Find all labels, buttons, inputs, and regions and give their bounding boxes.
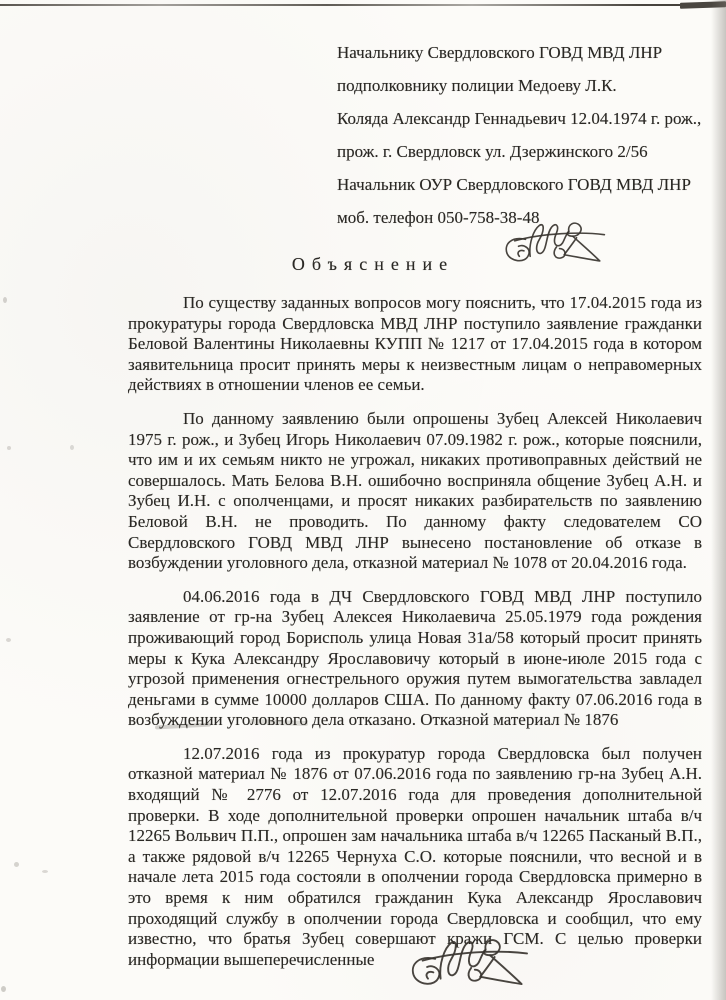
paragraph: 04.06.2016 года в ДЧ Свердловского ГОВД … xyxy=(128,587,702,731)
scanned-document-page: Начальнику Свердловского ГОВД МВД ЛНР по… xyxy=(0,0,726,1000)
recipient-line: прож. г. Свердловск ул. Дзержинского 2/5… xyxy=(337,135,715,168)
signature-scribble-bottom xyxy=(401,928,545,996)
paragraph: По существу заданных вопросов могу поясн… xyxy=(128,293,702,396)
recipient-line: Начальник ОУР Свердловского ГОВД МВД ЛНР xyxy=(337,168,715,201)
scan-speck xyxy=(6,638,11,642)
scan-speck xyxy=(70,445,74,450)
paragraph: По данному заявлению были опрошены Зубец… xyxy=(128,409,702,574)
scan-speck xyxy=(3,297,7,303)
scan-speck xyxy=(7,446,11,450)
recipient-block: Начальнику Свердловского ГОВД МВД ЛНР по… xyxy=(337,36,715,234)
scan-speck xyxy=(42,870,48,873)
recipient-line: Начальнику Свердловского ГОВД МВД ЛНР xyxy=(337,36,715,69)
recipient-line: Коляда Александр Геннадьевич 12.04.1974 … xyxy=(337,102,715,135)
recipient-line: подполковнику полиции Медоеву Л.К. xyxy=(337,69,715,102)
document-title: Объяснение xyxy=(10,254,726,275)
scan-speck xyxy=(14,862,19,867)
scan-speck xyxy=(1,986,6,992)
signature-icon xyxy=(401,928,545,996)
document-body: По существу заданных вопросов могу поясн… xyxy=(128,293,702,983)
scan-top-edge-line xyxy=(0,4,726,6)
